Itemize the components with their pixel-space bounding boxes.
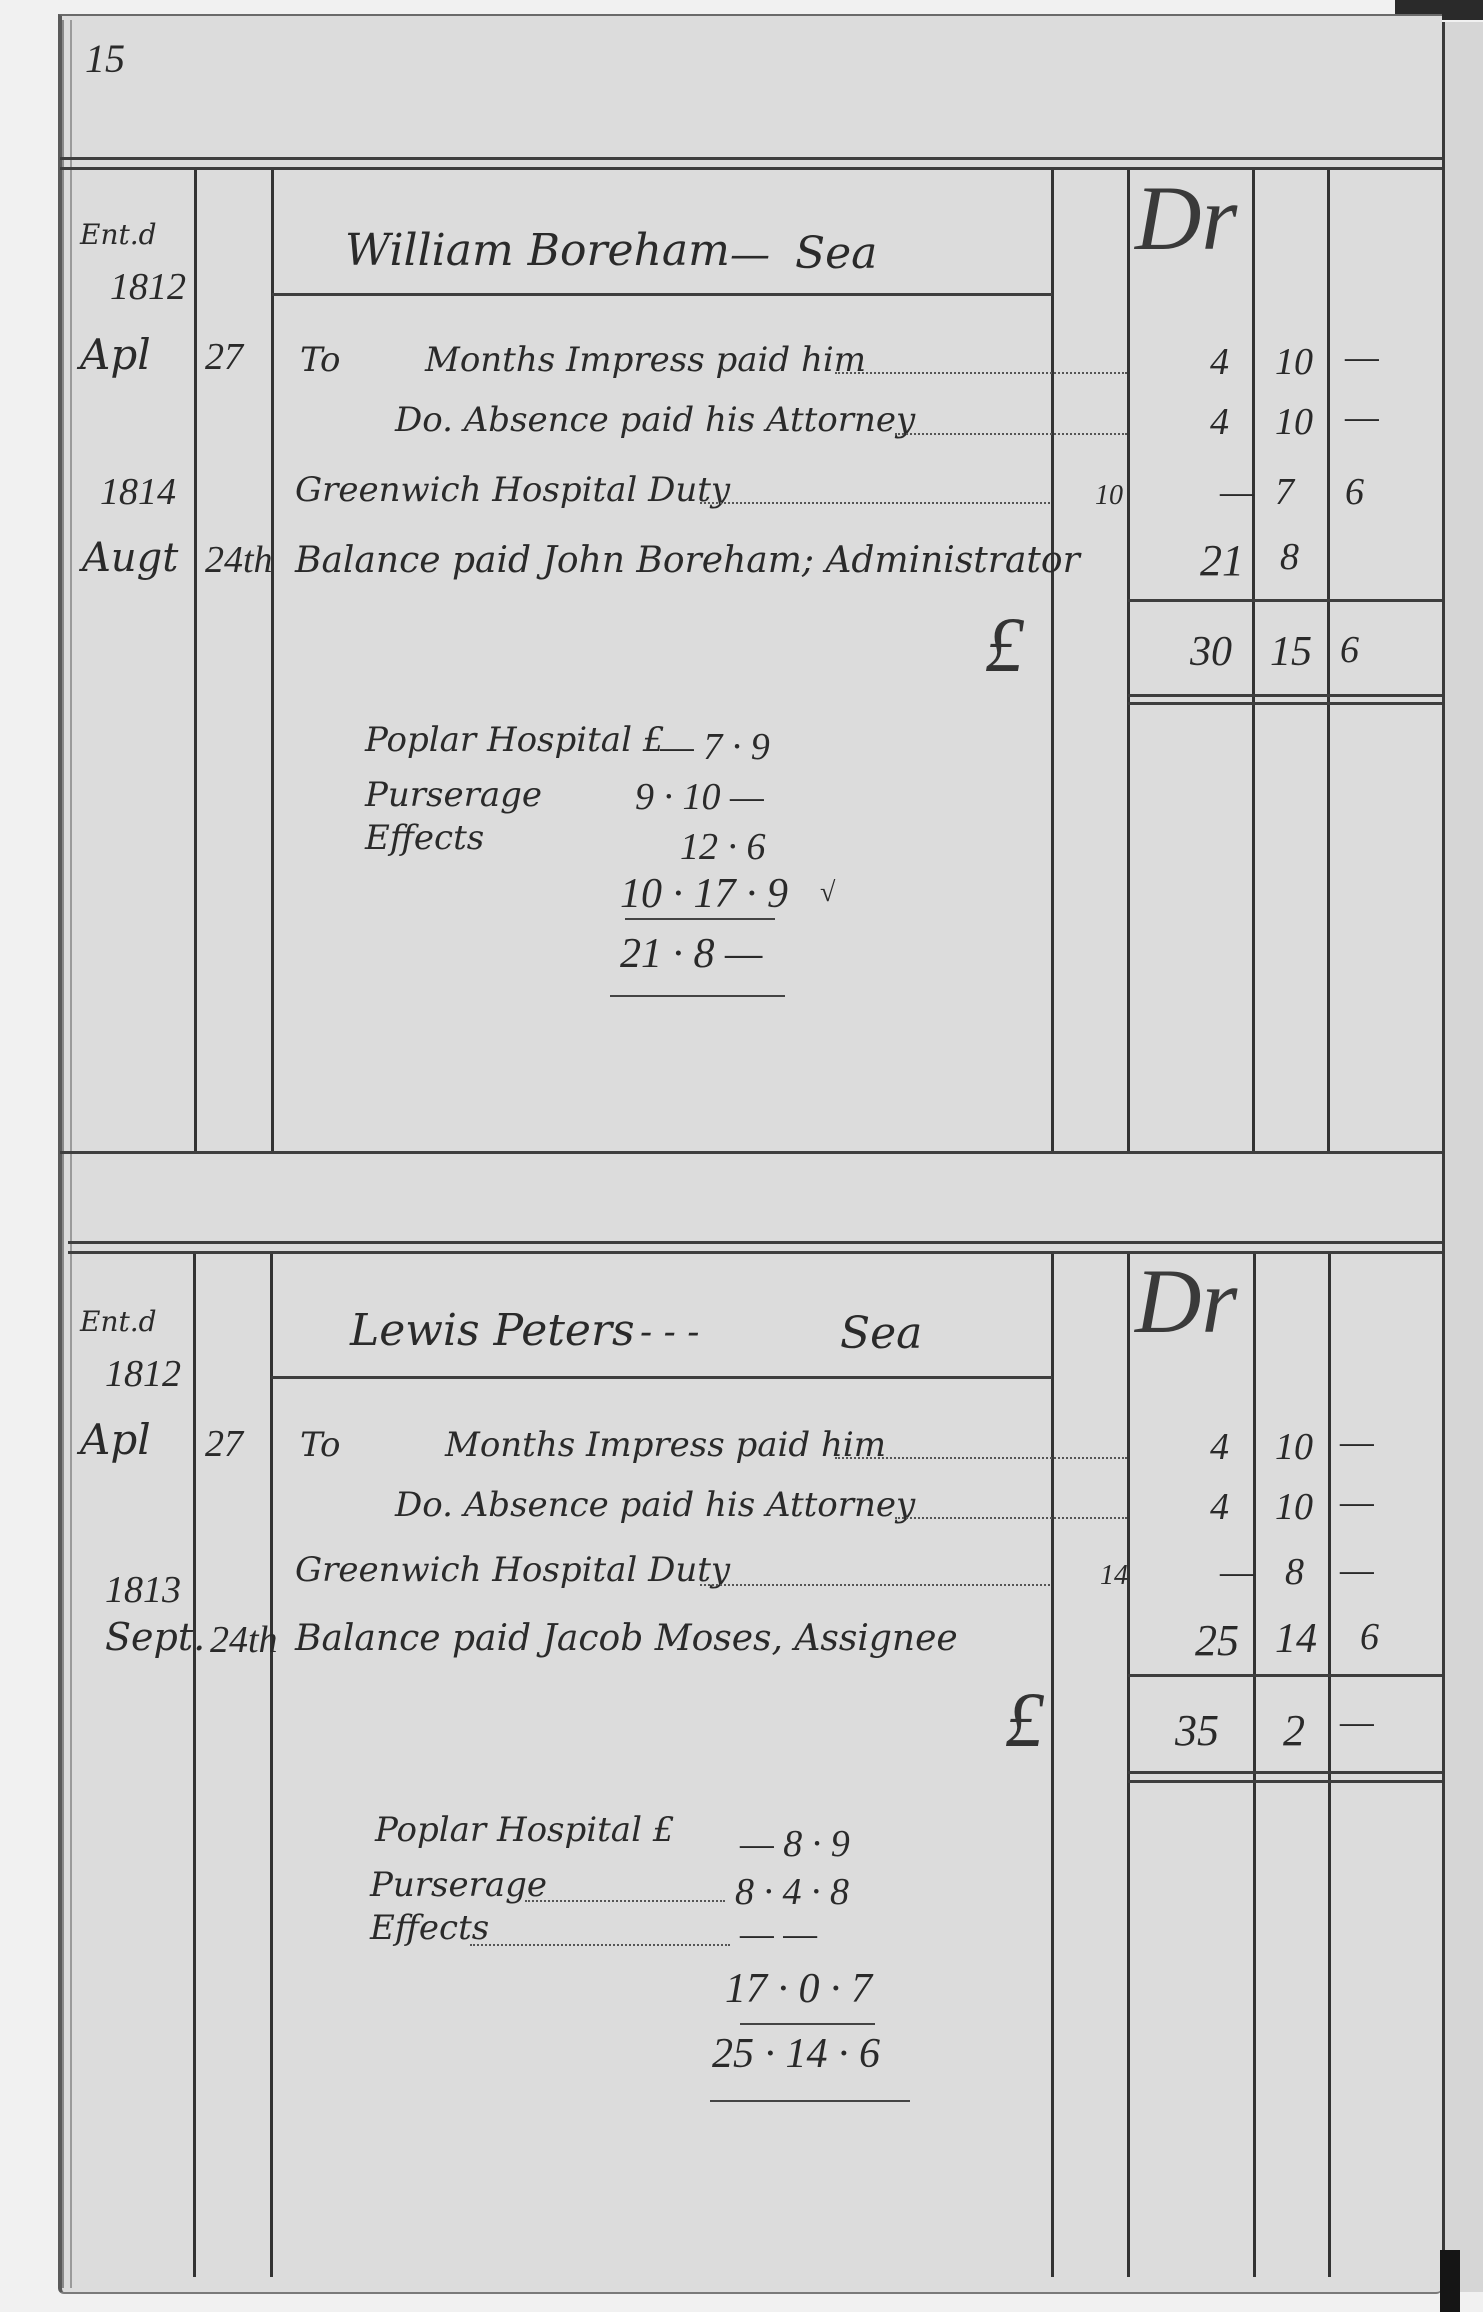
column-divider <box>1253 1254 1256 2277</box>
total-shillings: 2 <box>1283 1705 1305 1756</box>
row-description: Greenwich Hospital Duty <box>295 1550 730 1590</box>
column-divider <box>194 170 197 1152</box>
dash-separator: - - - <box>640 1312 699 1353</box>
row-shillings: 10 <box>1275 1425 1313 1469</box>
breakdown-label: Purserage <box>365 775 542 815</box>
row-pounds: — <box>1220 470 1254 514</box>
breakdown-label: Effects <box>370 1908 489 1948</box>
breakdown-value: — 8 · 9 <box>740 1822 850 1866</box>
adjacent-page-edge <box>1442 22 1483 2292</box>
leader-dots <box>895 433 1127 435</box>
row-shillings: 10 <box>1275 400 1313 444</box>
row-day: 24th <box>210 1618 278 1662</box>
leader-dots <box>700 502 1050 504</box>
total-pounds: 30 <box>1190 628 1232 676</box>
breakdown-value: — — <box>740 1912 817 1956</box>
total-underline <box>610 995 785 997</box>
row-pounds: 4 <box>1210 400 1229 444</box>
row-description: Balance paid Jacob Moses, Assignee <box>295 1618 958 1659</box>
column-divider <box>1327 170 1330 1152</box>
row-pounds: — <box>1220 1550 1254 1594</box>
row-shillings: 8 <box>1285 1550 1304 1594</box>
page-number: 15 <box>85 35 125 82</box>
total-pounds: 35 <box>1175 1705 1219 1756</box>
row-day: 27 <box>205 335 243 379</box>
section-rule <box>68 1241 1442 1244</box>
entry-column-header: Ent.d <box>80 1305 157 1338</box>
breakdown-label: Purserage <box>370 1865 547 1905</box>
row-month: Apl <box>80 1415 151 1464</box>
row-prefix: To <box>300 340 341 380</box>
total-double-rule <box>1128 702 1442 705</box>
breakdown-value: 8 · 4 · 8 <box>735 1870 849 1914</box>
row-description: Balance paid John Boreham; Administrator <box>295 540 1080 581</box>
total-underline <box>710 2100 910 2102</box>
breakdown-label: Poplar Hospital £ <box>365 720 664 760</box>
account-name: William Boreham <box>345 225 730 276</box>
column-divider <box>1051 1254 1054 2277</box>
total-double-rule <box>1128 1771 1442 1774</box>
dash-separator: — <box>730 232 770 278</box>
row-year: 1813 <box>105 1568 181 1612</box>
breakdown-value: — 7 · 9 <box>660 725 770 769</box>
leader-dots <box>470 1944 730 1946</box>
book-binding-shadow-bottom <box>1440 2250 1460 2312</box>
account-name: Lewis Peters <box>350 1305 635 1356</box>
row-prefix: To <box>300 1425 341 1465</box>
row-shillings: 7 <box>1275 470 1294 514</box>
row-pence-note: 10 <box>1095 480 1123 512</box>
check-mark: √ <box>820 877 835 909</box>
breakdown-value: 12 · 6 <box>680 825 766 869</box>
breakdown-subtotal: 17 · 0 · 7 <box>725 1965 872 2013</box>
breakdown-total: 21 · 8 — <box>620 930 762 978</box>
leader-dots <box>895 1517 1127 1519</box>
row-pounds: 21 <box>1200 535 1244 586</box>
entry-year: 1812 <box>105 1352 181 1396</box>
column-divider <box>1127 170 1130 1152</box>
column-divider <box>270 1254 273 2277</box>
pound-sign: £ <box>1005 1675 1044 1765</box>
header-rule <box>271 1376 1052 1379</box>
row-pence-note: 14 <box>1100 1560 1128 1592</box>
leader-dots <box>525 1900 725 1902</box>
row-year: 1814 <box>100 470 176 514</box>
row-shillings: 10 <box>1275 1485 1313 1529</box>
row-pence: — <box>1340 1420 1374 1464</box>
row-description: Greenwich Hospital Duty <box>295 470 730 510</box>
row-pence: — <box>1345 335 1379 379</box>
total-shillings: 15 <box>1270 628 1312 676</box>
section-bottom-rule <box>60 1151 1442 1154</box>
row-pence: 6 <box>1360 1615 1379 1659</box>
total-rule <box>1128 599 1442 602</box>
row-pounds: 4 <box>1210 1485 1229 1529</box>
row-pence: — <box>1345 395 1379 439</box>
row-pounds: 25 <box>1195 1615 1239 1666</box>
column-divider <box>1051 170 1054 1152</box>
total-double-rule <box>1128 694 1442 697</box>
column-divider <box>1127 1254 1130 2277</box>
total-double-rule <box>1128 1780 1442 1783</box>
row-month: Apl <box>80 330 151 379</box>
row-month: Sept. <box>105 1615 205 1659</box>
row-pounds: 4 <box>1210 340 1229 384</box>
debit-header: Dr <box>1135 165 1237 271</box>
leader-dots <box>835 1457 1127 1459</box>
column-divider <box>193 1254 196 2277</box>
row-description: Months Impress paid him <box>425 340 866 380</box>
row-description: Do. Absence paid his Attorney <box>395 400 915 440</box>
row-month: Augt <box>82 535 178 581</box>
total-pence: 6 <box>1340 628 1359 672</box>
row-pence: — <box>1340 1548 1374 1592</box>
subtotal-underline <box>625 918 775 920</box>
leader-dots <box>835 372 1127 374</box>
account-rating: Sea <box>795 228 877 279</box>
entry-column-header: Ent.d <box>80 218 157 251</box>
header-rule <box>272 293 1052 296</box>
row-shillings: 8 <box>1280 535 1299 579</box>
row-day: 27 <box>205 1422 243 1466</box>
breakdown-label: Poplar Hospital £ <box>375 1810 674 1850</box>
row-description: Do. Absence paid his Attorney <box>395 1485 915 1525</box>
column-divider <box>1252 170 1255 1152</box>
entry-year: 1812 <box>110 265 186 309</box>
account-rating: Sea <box>840 1308 922 1359</box>
breakdown-value: 9 · 10 — <box>635 775 764 819</box>
section-rule <box>60 157 1442 160</box>
breakdown-total: 25 · 14 · 6 <box>712 2030 880 2078</box>
row-pence: 6 <box>1345 470 1364 514</box>
debit-header: Dr <box>1135 1248 1237 1354</box>
row-pounds: 4 <box>1210 1425 1229 1469</box>
breakdown-label: Effects <box>365 818 484 858</box>
column-divider <box>1328 1254 1331 2277</box>
row-day: 24th <box>205 538 273 582</box>
row-pence: — <box>1340 1480 1374 1524</box>
subtotal-underline <box>740 2023 875 2025</box>
row-description: Months Impress paid him <box>445 1425 886 1465</box>
leader-dots <box>700 1584 1050 1586</box>
total-pence: — <box>1340 1700 1374 1744</box>
total-rule <box>1128 1674 1442 1677</box>
page-stack-edge <box>62 20 72 2288</box>
column-divider <box>271 170 274 1152</box>
row-shillings: 10 <box>1275 340 1313 384</box>
row-shillings: 14 <box>1275 1615 1317 1663</box>
pound-sign: £ <box>985 600 1024 690</box>
breakdown-subtotal: 10 · 17 · 9 <box>620 870 788 918</box>
